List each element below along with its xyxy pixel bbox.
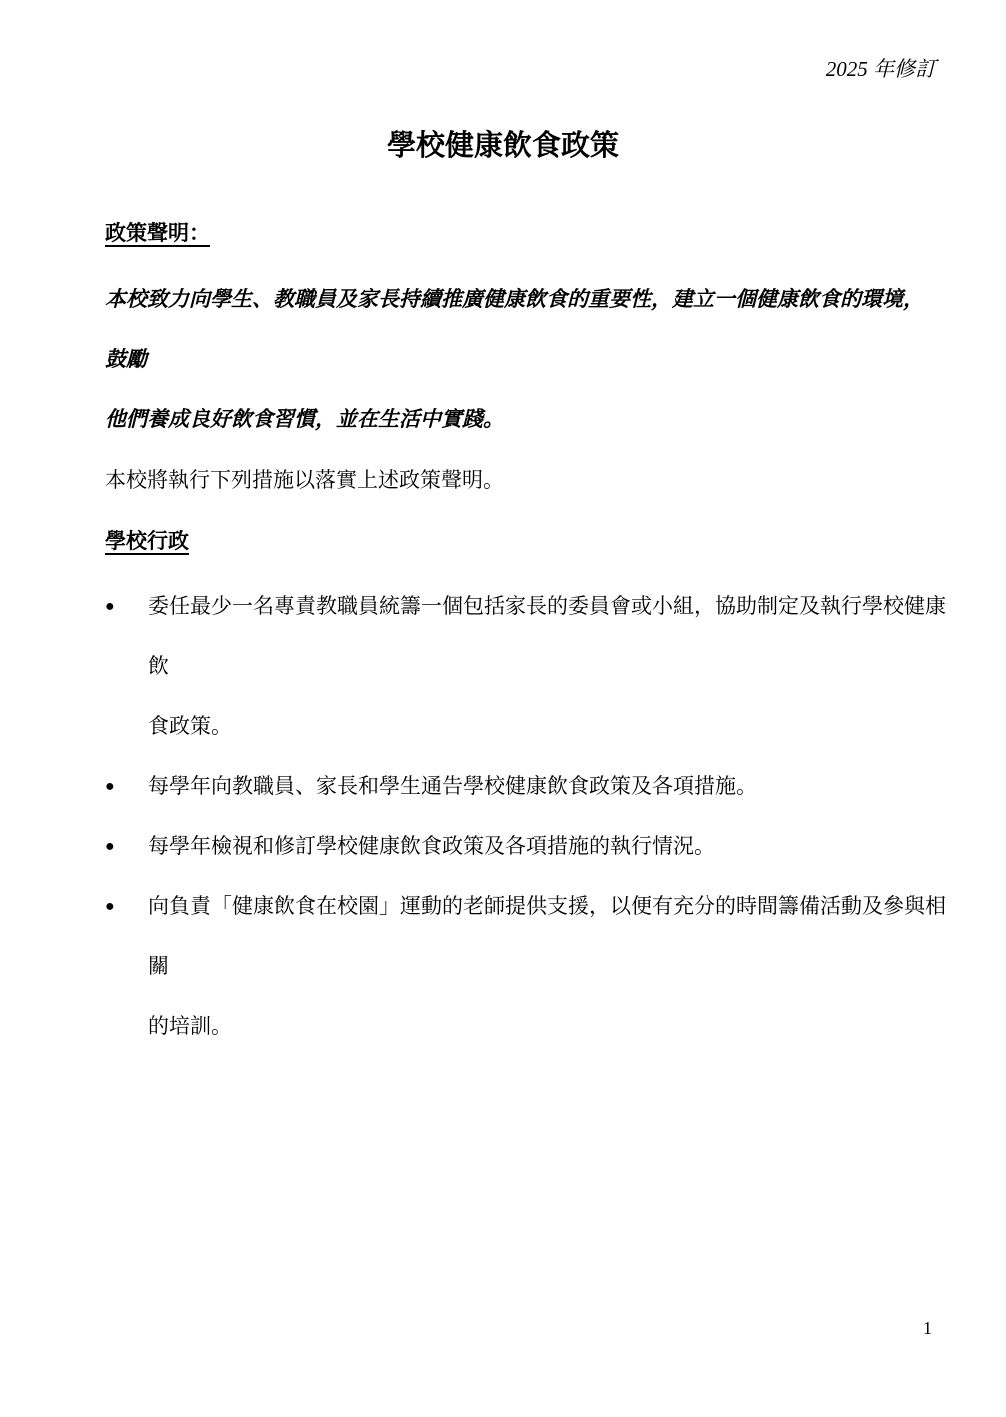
bullet-text-line: 向負責「健康飲食在校園」運動的老師提供支援，以便有充分的時間籌備活動及參與相關 [148,877,946,997]
policy-statement-heading: 政策聲明： [105,219,210,249]
policy-statement-line: 他們養成良好飲食習慣，並在生活中實踐。 [105,390,942,450]
revision-note: 2025 年修訂 [826,55,936,83]
bullet-marker-icon: ● [105,817,148,877]
policy-statement-line: 本校致力向學生、教職員及家長持續推廣健康飲食的重要性，建立一個健康飲食的環境，鼓… [105,270,942,390]
school-admin-bullet-list: ● 委任最少一名專責教職員統籌一個包括家長的委員會或小組，協助制定及執行學校健康… [105,577,946,1057]
document-page: 2025 年修訂 學校健康飲食政策 政策聲明： 本校致力向學生、教職員及家長持續… [0,0,1006,1417]
bullet-item: ● 每學年向教職員、家長和學生通告學校健康飲食政策及各項措施。 [105,757,946,817]
bullet-text-line: 每學年向教職員、家長和學生通告學校健康飲食政策及各項措施。 [148,757,946,817]
bullet-text-line: 每學年檢視和修訂學校健康飲食政策及各項措施的執行情況。 [148,817,946,877]
implementation-note: 本校將執行下列措施以落實上述政策聲明。 [105,466,942,496]
bullet-text: 每學年向教職員、家長和學生通告學校健康飲食政策及各項措施。 [148,757,946,817]
bullet-marker-icon: ● [105,577,148,637]
bullet-text: 每學年檢視和修訂學校健康飲食政策及各項措施的執行情況。 [148,817,946,877]
bullet-text: 向負責「健康飲食在校園」運動的老師提供支援，以便有充分的時間籌備活動及參與相關 … [148,877,946,1057]
bullet-item: ● 每學年檢視和修訂學校健康飲食政策及各項措施的執行情況。 [105,817,946,877]
school-admin-heading: 學校行政 [105,527,189,557]
bullet-text-line: 的培訓。 [148,997,946,1057]
bullet-marker-icon: ● [105,877,148,937]
page-title: 學校健康飲食政策 [0,128,1006,164]
bullet-text-line: 食政策。 [148,697,946,757]
bullet-text: 委任最少一名專責教職員統籌一個包括家長的委員會或小組，協助制定及執行學校健康飲 … [148,577,946,757]
bullet-text-line: 委任最少一名專責教職員統籌一個包括家長的委員會或小組，協助制定及執行學校健康飲 [148,577,946,697]
bullet-marker-icon: ● [105,757,148,817]
page-number: 1 [923,1316,932,1340]
bullet-item: ● 委任最少一名專責教職員統籌一個包括家長的委員會或小組，協助制定及執行學校健康… [105,577,946,757]
policy-statement-body: 本校致力向學生、教職員及家長持續推廣健康飲食的重要性，建立一個健康飲食的環境，鼓… [105,270,942,450]
bullet-item: ● 向負責「健康飲食在校園」運動的老師提供支援，以便有充分的時間籌備活動及參與相… [105,877,946,1057]
